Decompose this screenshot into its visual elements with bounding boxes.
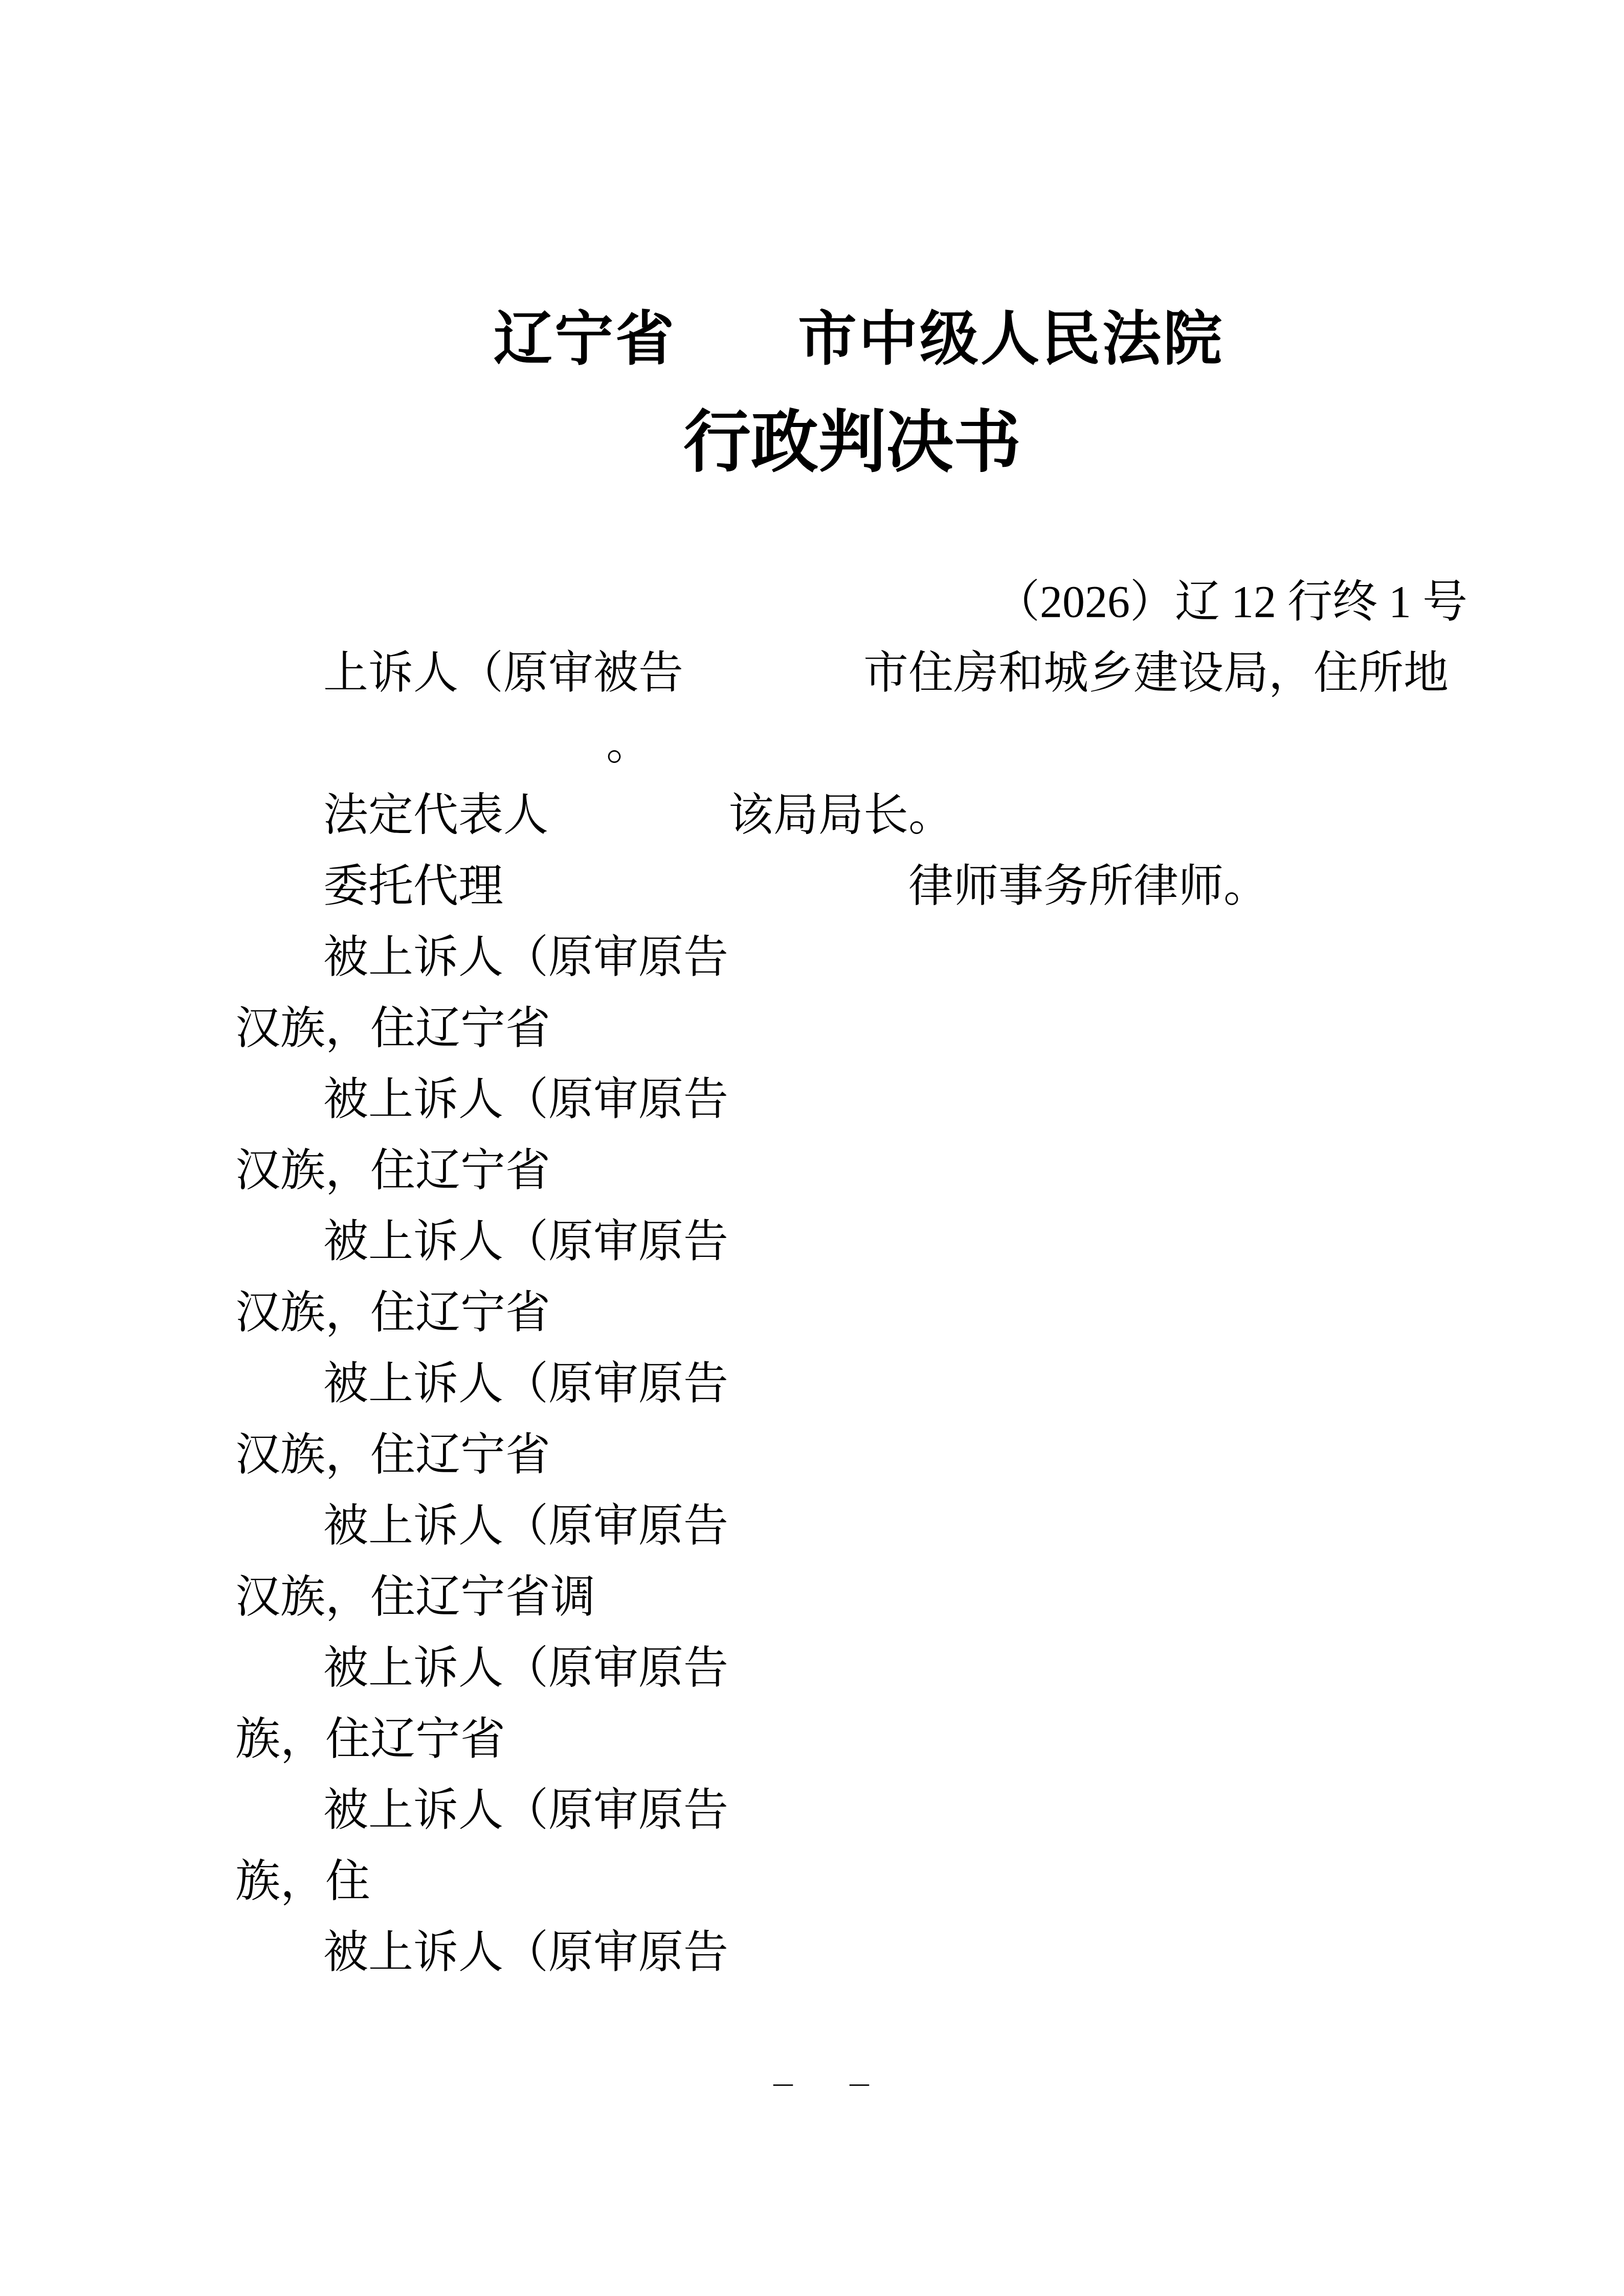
appellee-detail-line-1: 汉族，住辽宁省 bbox=[235, 1006, 550, 1051]
attorney-line: 委托代理 律师事务所律师。 bbox=[323, 864, 1269, 909]
appellee-line-7: 被上诉人（原审原告 bbox=[323, 1788, 728, 1833]
appellee-line-6: 被上诉人（原审原告 bbox=[323, 1646, 728, 1691]
footer-page-dash-right: — bbox=[850, 2074, 869, 2094]
appellee-detail-line-6: 族，住辽宁省 bbox=[235, 1717, 505, 1762]
page-title-doctype: 行政判决书 bbox=[683, 409, 1021, 477]
appellee-line-4: 被上诉人（原审原告 bbox=[323, 1362, 728, 1407]
redacted-address-period: 。 bbox=[606, 722, 651, 767]
judgment-document-page: 辽宁省 市中级人民法院 行政判决书 （2026）辽 12 行终 1 号 上诉人（… bbox=[0, 0, 1624, 2296]
appellant-line: 上诉人（原审被告 市住房和城乡建设局，住所地 bbox=[323, 651, 1449, 696]
appellee-detail-line-5: 汉族，住辽宁省调 bbox=[235, 1575, 595, 1620]
appellee-detail-line-4: 汉族，住辽宁省 bbox=[235, 1433, 550, 1478]
appellee-line-8: 被上诉人（原审原告 bbox=[323, 1930, 728, 1975]
case-number: （2026）辽 12 行终 1 号 bbox=[995, 580, 1467, 625]
appellee-line-1: 被上诉人（原审原告 bbox=[323, 935, 728, 980]
appellee-detail-line-7: 族，住 bbox=[235, 1859, 370, 1904]
legal-representative-line: 法定代表人 该局局长。 bbox=[323, 793, 953, 838]
appellee-line-3: 被上诉人（原审原告 bbox=[323, 1220, 728, 1265]
appellee-detail-line-3: 汉族，住辽宁省 bbox=[235, 1291, 550, 1336]
footer-page-dash-left: — bbox=[773, 2074, 793, 2094]
appellee-line-5: 被上诉人（原审原告 bbox=[323, 1504, 728, 1549]
appellee-detail-line-2: 汉族，住辽宁省 bbox=[235, 1149, 550, 1194]
appellee-line-2: 被上诉人（原审原告 bbox=[323, 1077, 728, 1122]
page-title-court: 辽宁省 市中级人民法院 bbox=[494, 310, 1224, 369]
